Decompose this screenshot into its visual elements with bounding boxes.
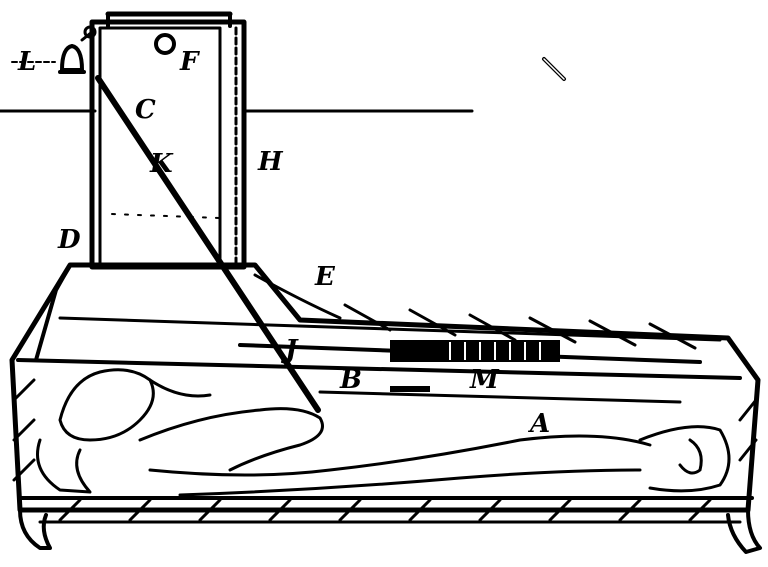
label-D: D [57,225,81,255]
label-M: M [469,365,500,395]
label-H: H [257,147,284,177]
label-A: A [527,409,550,439]
label-C: C [135,95,156,125]
pen-cursor-icon [540,55,572,87]
ring-pulley [156,35,174,53]
coffin-body [12,265,760,552]
label-K: K [149,149,174,179]
label-B: B [339,365,362,395]
label-F: F [179,47,200,77]
occupant-figure [38,370,730,495]
patent-drawing: L F C K H D E J B M A [0,0,768,567]
upright-casing [85,14,244,267]
label-L: L [17,47,36,77]
label-E: E [314,262,336,292]
diagram-canvas: L F C K H D E J B M A [0,0,768,567]
